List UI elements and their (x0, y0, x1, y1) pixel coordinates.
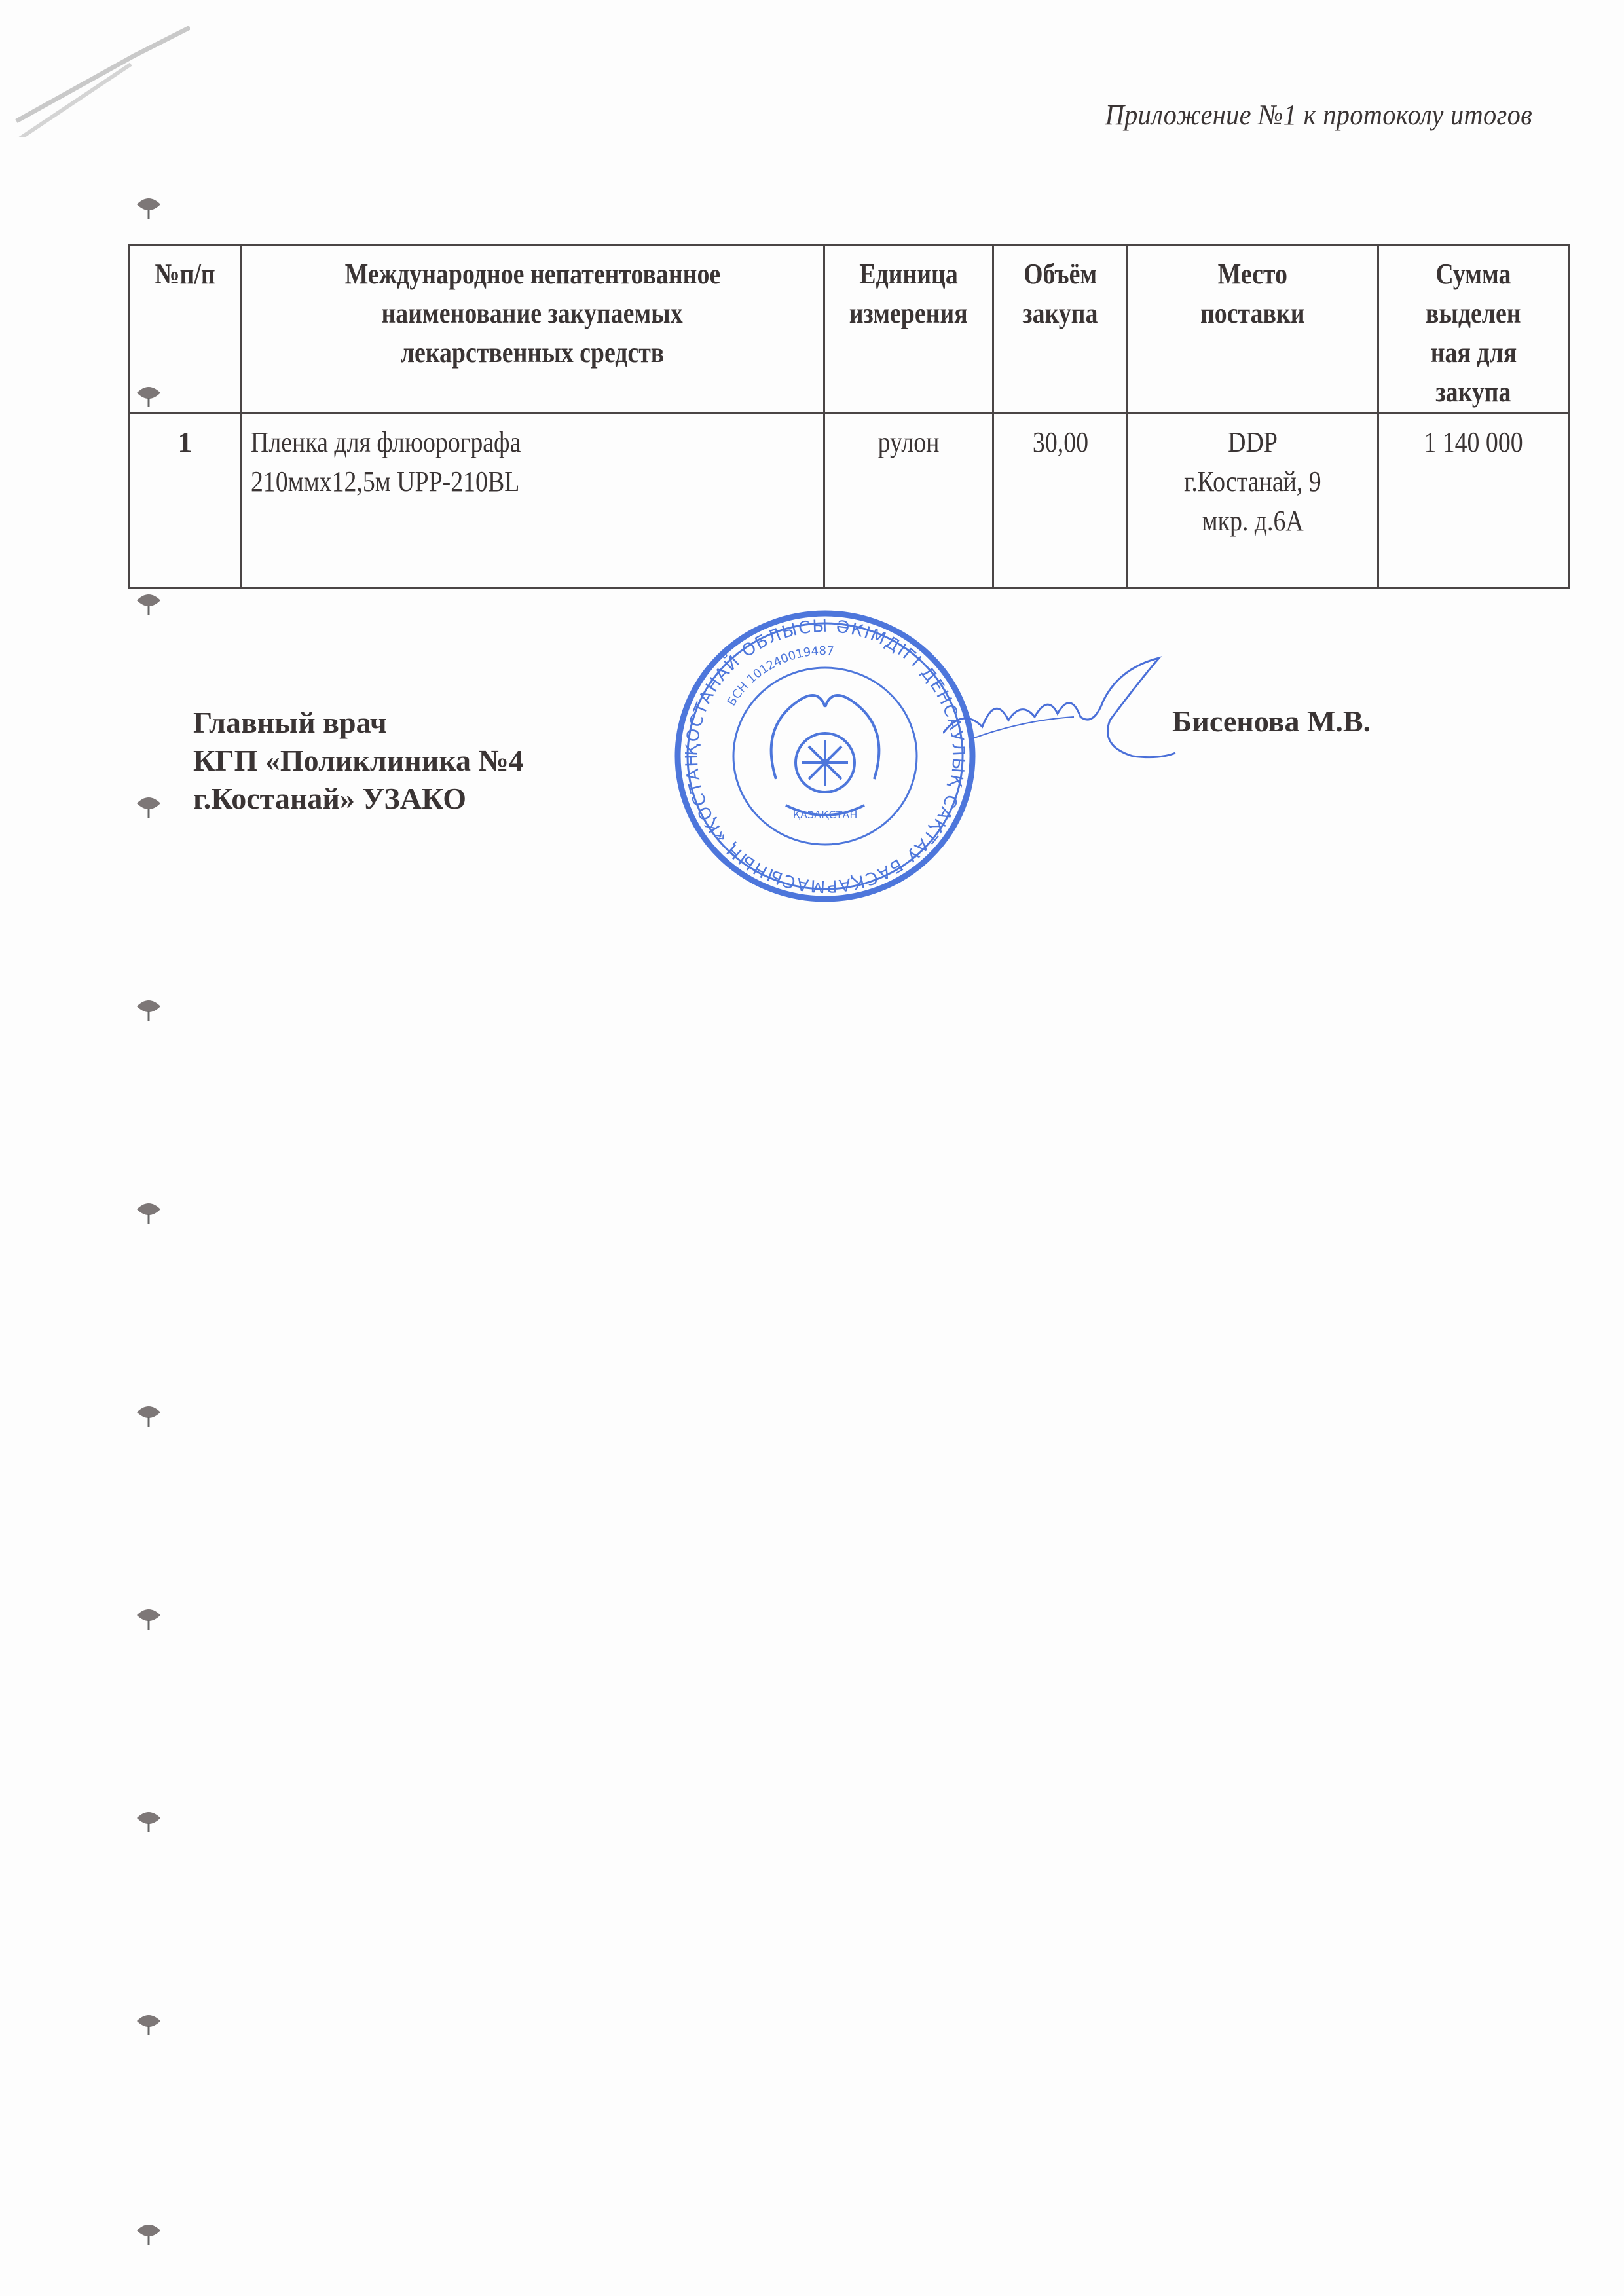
cell-number: 1 (130, 413, 241, 588)
punch-hole-icon (134, 992, 163, 1021)
column-header-number: №п/п (130, 245, 241, 413)
cell-place: DDP г.Костанай, 9 мкр. д.6А (1128, 413, 1378, 588)
punch-hole-icon (134, 1398, 163, 1427)
stamp-emblem-text: ҚАЗАҚСТАН (793, 809, 858, 821)
punch-hole-icon (134, 1601, 163, 1630)
punch-hole-icon (134, 2216, 163, 2245)
official-stamp: ҚОСТАНАЙ ОБЛЫСЫ ӘКІМДІГІ ДЕНСАУЛЫҚ САҚТА… (661, 609, 989, 903)
column-header-place: Место поставки (1128, 245, 1378, 413)
punch-hole-icon (134, 2007, 163, 2035)
organization-line1: КГП «Поликлиника №4 (193, 742, 524, 780)
staple-wire-mark (13, 13, 190, 137)
cell-amount: 1 140 000 (1378, 413, 1569, 588)
cell-volume: 30,00 (993, 413, 1128, 588)
signatory-name: Бисенова М.В. (1172, 704, 1371, 738)
handwritten-signature (943, 655, 1192, 766)
punch-hole-icon (134, 1804, 163, 1832)
procurement-table: №п/п Международное непатентованное наиме… (128, 244, 1570, 589)
column-header-amount: Сумма выделен ная для закупа (1378, 245, 1569, 413)
position-title: Главный врач (193, 704, 524, 742)
column-header-volume: Объём закупа (993, 245, 1128, 413)
appendix-heading: Приложение №1 к протоколу итогов (966, 98, 1532, 132)
column-header-name: Международное непатентованное наименован… (241, 245, 824, 413)
table-row: 1 Пленка для флюорографа 210ммх12,5м UPP… (130, 413, 1569, 588)
punch-hole-icon (134, 789, 163, 818)
cell-name: Пленка для флюорографа 210ммх12,5м UPP-2… (241, 413, 824, 588)
punch-hole-icon (134, 586, 163, 615)
signatory-position: Главный врач КГП «Поликлиника №4 г.Коста… (193, 704, 524, 818)
punch-hole-icon (134, 190, 163, 219)
punch-hole-icon (134, 1195, 163, 1224)
table-header-row: №п/п Международное непатентованное наиме… (130, 245, 1569, 413)
cell-unit: рулон (824, 413, 993, 588)
organization-line2: г.Костанай» УЗАКО (193, 780, 524, 818)
column-header-unit: Единица измерения (824, 245, 993, 413)
